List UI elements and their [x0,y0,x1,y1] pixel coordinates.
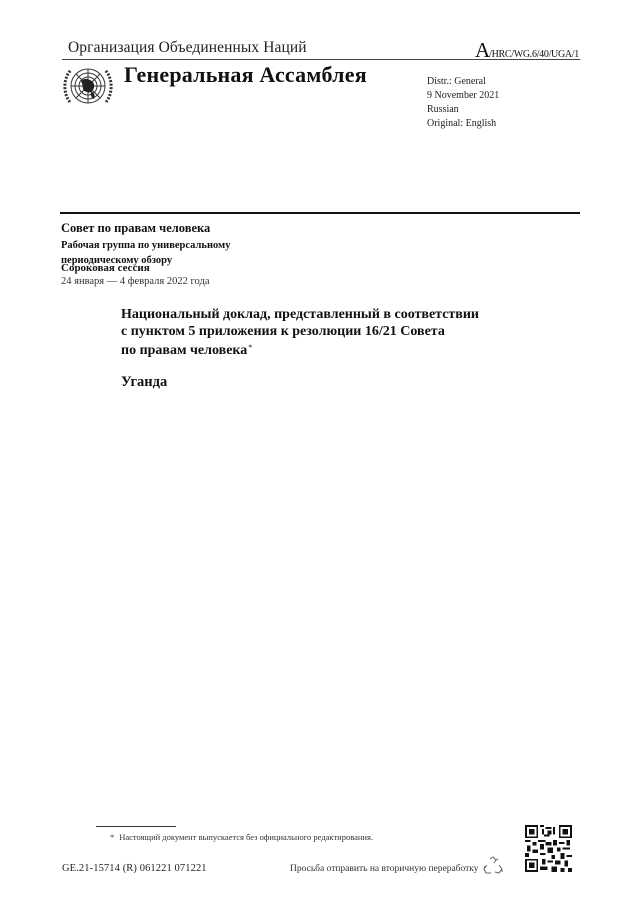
country-name: Уганда [121,374,167,391]
distr-language: Russian [427,103,499,117]
report-title-line3-wrap: по правам человека* [121,340,541,360]
distr-status: Distr.: General [427,75,499,89]
document-number: GE.21-15714 (R) 061221 071221 [62,863,207,874]
report-title-line3: по правам человека [121,343,247,358]
recycle-icon [482,855,504,877]
distribution-block: Distr.: General 9 November 2021 Russian … [427,75,499,131]
qr-code-icon [525,825,572,872]
council-name: Совет по правам человека [61,221,210,236]
general-assembly-title: Генеральная Ассамблея [124,62,367,88]
session-name: Сороковая сессия [61,262,150,274]
report-title: Национальный доклад, представленный в со… [121,307,541,360]
footnote-reference[interactable]: * [248,343,252,352]
un-emblem-icon [61,64,115,108]
section-rule [60,212,580,214]
session-dates: 24 января — 4 февраля 2022 года [61,276,210,287]
distr-original: Original: English [427,117,499,131]
footnote: *Настоящий документ выпускается без офиц… [110,832,373,842]
report-title-line1: Национальный доклад, представленный в со… [121,307,541,324]
header-rule [62,59,580,60]
footnote-rule [96,826,176,827]
report-title-line2: с пунктом 5 приложения к резолюции 16/21… [121,324,541,341]
footnote-marker: * [110,832,114,842]
organization-name: Организация Объединенных Наций [68,39,307,57]
working-group-line1: Рабочая группа по универсальному [61,238,230,253]
distr-date: 9 November 2021 [427,89,499,103]
recycle-text: Просьба отправить на вторичную переработ… [290,864,479,874]
footnote-text: Настоящий документ выпускается без офици… [119,832,373,842]
